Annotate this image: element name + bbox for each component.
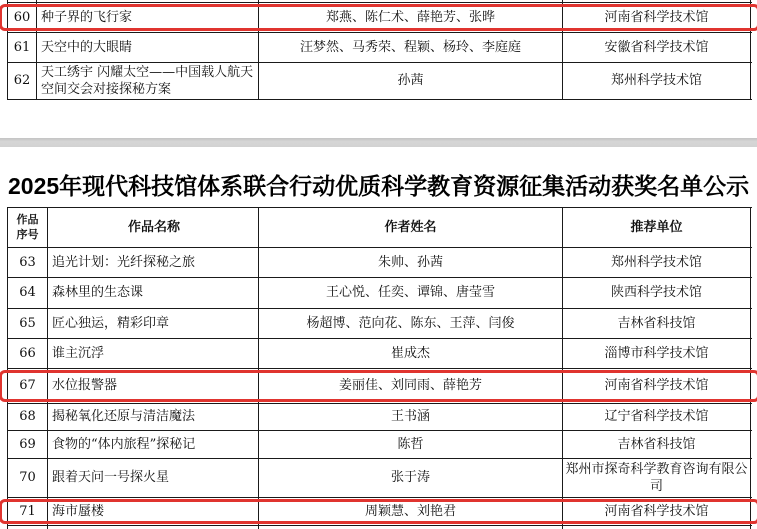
awards-table-main: 作品序号 作品名称 作者姓名 推荐单位 63 追光计划：光纤探秘之旅 朱帅、孙茜… [7,207,752,529]
cell-authors [259,0,563,2]
table-row: 69 食物的“体内旅程”探秘记 陈哲 吉林省科技馆 [7,431,752,459]
header-recommending-unit: 推荐单位 [563,208,751,247]
cell-entry-number: 64 [8,278,48,308]
cell-authors: 汪梦然、马秀荣、程颖、杨玲、李庭庭 [259,33,563,62]
cell-work-title: 天工绣宇 闪耀太空——中国载人航天空间交会对接探秘方案 [37,63,259,99]
cell-recommending-unit: 吉林省科技馆 [563,309,751,338]
cell-entry-number: 70 [8,459,48,497]
cell-recommending-unit [563,0,751,2]
cell-recommending-unit: 淄博市科学技术馆 [563,339,751,368]
cell-work-title: 谁主沉浮 [48,339,259,368]
cell-authors: 王心悦、任奕、谭锦、唐莹雪 [259,278,563,308]
cell-authors: 孙茜 [259,63,563,99]
document-page: 60 种子界的飞行家 郑燕、陈仁术、薛艳芳、张晔 河南省科学技术馆 61 天空中… [0,0,757,529]
table-row: 64 森林里的生态课 王心悦、任奕、谭锦、唐莹雪 陕西科学技术馆 [7,278,752,309]
cell-authors: 王书涵 [259,404,563,430]
table-header-row: 作品序号 作品名称 作者姓名 推荐单位 [7,208,752,248]
cell-entry-number: 60 [8,3,37,32]
cell-work-title: 揭秘氧化还原与清洁魔法 [48,404,259,430]
cell-work-title [37,0,259,2]
cell-work-title: 跟着天问一号探火星 [48,459,259,497]
cell-recommending-unit: 郑州市探奇科学教育咨询有限公司 [563,459,751,497]
table-row: 66 谁主沉浮 崔成杰 淄博市科学技术馆 [7,339,752,369]
cell-recommending-unit: 辽宁省科学技术馆 [563,404,751,430]
cell-entry-number: 68 [8,404,48,430]
cell-recommending-unit: 陕西科学技术馆 [563,278,751,308]
cell-work-title: 种子界的飞行家 [37,3,259,32]
cell-recommending-unit: 吉林省科技馆 [563,431,751,458]
cell-recommending-unit: 郑州科学技术馆 [563,248,751,277]
cell-entry-number: 66 [8,339,48,368]
cell-authors: 朱帅、孙茜 [259,248,563,277]
header-work-title: 作品名称 [48,208,259,247]
cell-authors: 周颖慧、刘艳君 [259,498,563,525]
table-row: 70 跟着天问一号探火星 张于涛 郑州市探奇科学教育咨询有限公司 [7,459,752,498]
cell-work-title: 匠心独运，精彩印章 [48,309,259,338]
cell-authors: 崔成杰 [259,339,563,368]
table-row: 71 海市蜃楼 周颖慧、刘艳君 河南省科学技术馆 [7,498,752,526]
cell-recommending-unit: 河南省科学技术馆 [563,3,751,32]
cell-entry-number [8,0,37,2]
table-row: 65 匠心独运，精彩印章 杨超博、范向花、陈东、王萍、闫俊 吉林省科技馆 [7,309,752,339]
cell-authors: 姜丽佳、刘同雨、薛艳芳 [259,369,563,403]
table-row: 63 追光计划：光纤探秘之旅 朱帅、孙茜 郑州科学技术馆 [7,248,752,278]
cell-entry-number: 69 [8,431,48,458]
cell-authors: 杨超博、范向花、陈东、王萍、闫俊 [259,309,563,338]
cell-authors: 郑燕、陈仁术、薛艳芳、张晔 [259,3,563,32]
cell-authors: 陈哲 [259,431,563,458]
cell-entry-number: 67 [8,369,48,403]
header-entry-number: 作品序号 [8,208,48,247]
cell-entry-number: 71 [8,498,48,525]
cell-recommending-unit: 河南省科学技术馆 [563,369,751,403]
cell-recommending-unit: 河南省科学技术馆 [563,498,751,525]
cell-entry-number: 65 [8,309,48,338]
page-separator [0,138,757,147]
cell-work-title: 森林里的生态课 [48,278,259,308]
table-row: 62 天工绣宇 闪耀太空——中国载人航天空间交会对接探秘方案 孙茜 郑州科学技术… [7,63,752,100]
cell-authors: 张于涛 [259,459,563,497]
cell-work-title: 天空中的大眼睛 [37,33,259,62]
cell-work-title: 追光计划：光纤探秘之旅 [48,248,259,277]
cell-entry-number: 63 [8,248,48,277]
cell-work-title: 海市蜃楼 [48,498,259,525]
cell-entry-number: 62 [8,63,37,99]
cell-work-title: 水位报警器 [48,369,259,403]
cell-entry-number: 61 [8,33,37,62]
table-row: 60 种子界的飞行家 郑燕、陈仁术、薛艳芳、张晔 河南省科学技术馆 [7,3,752,33]
table-row: 68 揭秘氧化还原与清洁魔法 王书涵 辽宁省科学技术馆 [7,404,752,431]
cell-recommending-unit: 安徽省科学技术馆 [563,33,751,62]
cell-recommending-unit: 郑州科学技术馆 [563,63,751,99]
table-row: 67 水位报警器 姜丽佳、刘同雨、薛艳芳 河南省科学技术馆 [7,369,752,404]
cell-work-title: 食物的“体内旅程”探秘记 [48,431,259,458]
awards-table-previous-page: 60 种子界的飞行家 郑燕、陈仁术、薛艳芳、张晔 河南省科学技术馆 61 天空中… [7,0,752,100]
table-row: 61 天空中的大眼睛 汪梦然、马秀荣、程颖、杨玲、李庭庭 安徽省科学技术馆 [7,33,752,63]
header-authors: 作者姓名 [259,208,563,247]
page-title: 2025年现代科技馆体系联合行动优质科学教育资源征集活动获奖名单公示 [8,168,753,204]
